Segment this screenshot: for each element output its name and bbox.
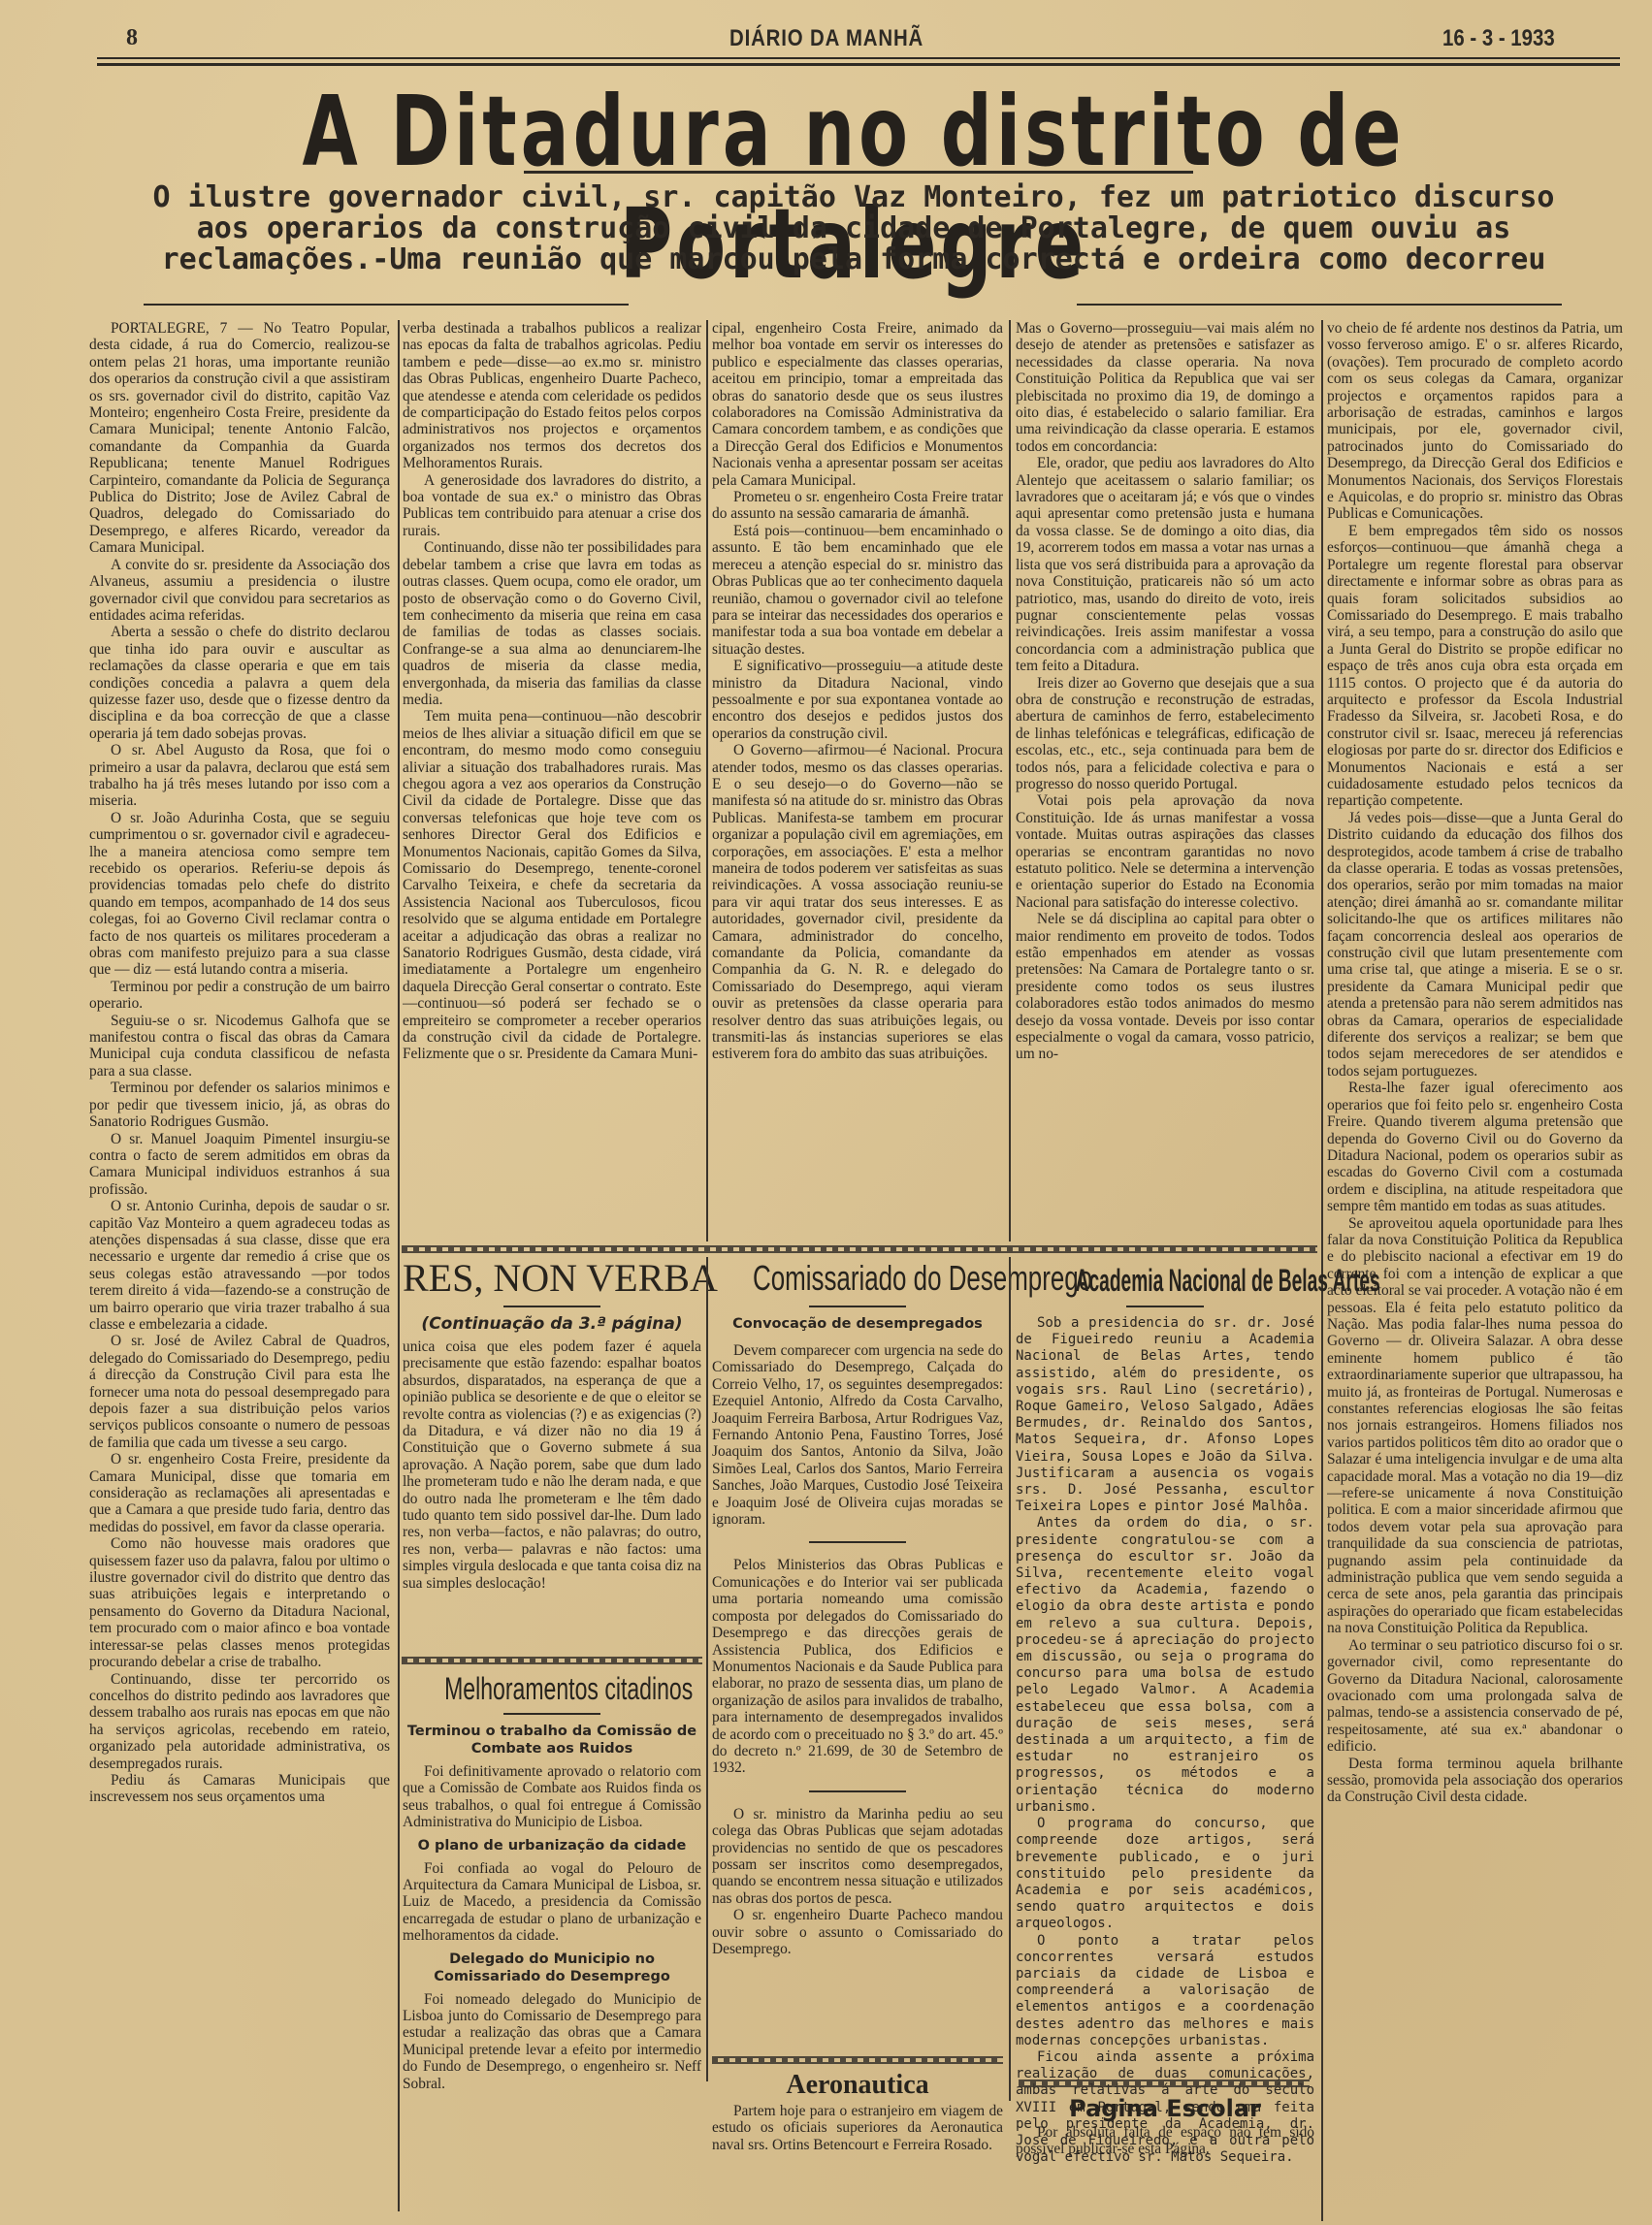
separator-rule (809, 1541, 906, 1543)
article-paragraph: O sr. Antonio Curinha, depois de saudar … (89, 1198, 390, 1333)
article-paragraph: Prometeu o sr. engenheiro Costa Freire t… (712, 489, 1003, 523)
aeronautica-title: Aeronautica (712, 2068, 1003, 2103)
article-paragraph: Ele, orador, que pediu aos lavradores do… (1016, 455, 1314, 674)
article-column-4: Mas o Governo—prosseguiu—vai mais além n… (1016, 320, 1314, 1241)
article-paragraph: Terminou por pedir a construção de um ba… (89, 979, 390, 1013)
article-paragraph: O sr. José de Avilez Cabral de Quadros, … (89, 1333, 390, 1451)
melhoramentos-subhead-3: Delegado do Municipio no Comissariado do… (403, 1951, 701, 1985)
article-paragraph: Resta-lhe fazer igual oferecimento aos o… (1327, 1080, 1623, 1214)
article-paragraph: cipal, engenheiro Costa Freire, animado … (712, 320, 1003, 489)
article-paragraph: vo cheio de fé ardente nos destinos da P… (1327, 320, 1623, 523)
article-paragraph: Aberta a sessão o chefe do distrito decl… (89, 624, 390, 742)
article-paragraph: Continuando, disse não ter possibilidade… (403, 539, 701, 708)
article-paragraph: O sr. engenheiro Costa Freire, president… (89, 1451, 390, 1535)
article-paragraph: O Governo—afirmou—é Nacional. Procura at… (712, 742, 1003, 1063)
section-divider (1019, 2080, 1310, 2087)
article-paragraph: E significativo—prosseguiu—a atitude des… (712, 658, 1003, 742)
article-paragraph: Votai pois pela aprovação da nova Consti… (1016, 792, 1314, 911)
title-rule (503, 1713, 600, 1715)
melhoramentos-title: Melhoramentos citadinos (444, 1670, 660, 1707)
article-paragraph: O sr. João Adurinha Costa, que se seguiu… (89, 810, 390, 979)
article-paragraph: Ireis dizer ao Governo que desejais que … (1016, 675, 1314, 793)
headline-rule (524, 171, 1193, 174)
column-divider (1009, 320, 1011, 1241)
academia-paragraph: O programa do concurso, que compreende d… (1016, 1816, 1314, 1932)
pagina-escolar-title: Pagina Escolar (1016, 2093, 1314, 2124)
article-column-3: cipal, engenheiro Costa Freire, animado … (712, 320, 1003, 1241)
academia-paragraph: O ponto a tratar pelos concorrentes vers… (1016, 1933, 1314, 2049)
column-divider (398, 320, 400, 2211)
res-non-verba-body: unica coisa que eles podem fazer é aquel… (403, 1338, 701, 1592)
section-divider (402, 1245, 1317, 1253)
res-non-verba-section: RES, NON VERBA (Continuação da 3.ª págin… (403, 1257, 701, 1592)
deck: O ilustre governador civil, sr. capitão … (146, 182, 1562, 275)
melhoramentos-subhead-1: Terminou o trabalho da Comissão de Comba… (403, 1723, 701, 1757)
comissariado-paragraph: O sr. engenheiro Duarte Pacheco mandou o… (712, 1907, 1003, 1957)
article-paragraph: O sr. Abel Augusto da Rosa, que foi o pr… (89, 742, 390, 810)
academia-paragraph: Sob a presidencia do sr. dr. José de Fig… (1016, 1315, 1314, 1515)
melhoramentos-paragraph: Foi nomeado delegado do Municipio de Lis… (403, 1991, 701, 2092)
article-paragraph: Ao terminar o seu patriotico discurso fo… (1327, 1637, 1623, 1756)
aeronautica-section: Aeronautica Partem hoje para o estranjei… (712, 2068, 1003, 2153)
newspaper-name: DIÁRIO DA MANHÃ (729, 25, 923, 52)
deck-rule-left (144, 304, 629, 306)
issue-date: 16 - 3 - 1933 (1442, 25, 1555, 52)
article-paragraph: Continuando, disse ter percorrido os con… (89, 1671, 390, 1772)
article-paragraph: Já vedes pois—disse—que a Junta Geral do… (1327, 810, 1623, 1080)
comissariado-subhead: Convocação de desempregados (712, 1315, 1003, 1333)
melhoramentos-paragraph: Foi definitivamente aprovado o relatorio… (403, 1763, 701, 1831)
article-paragraph: Pediu ás Camaras Municipais que inscreve… (89, 1772, 390, 1806)
title-rule (503, 1306, 600, 1307)
article-paragraph: Como não houvesse mais oradores que quis… (89, 1535, 390, 1670)
comissariado-title: Comissariado do Desemprego (753, 1257, 962, 1300)
article-column-2: verba destinada a trabalhos publicos a r… (403, 320, 701, 1241)
title-rule (1126, 1306, 1204, 1307)
comissariado-paragraph: Pelos Ministerios das Obras Publicas e C… (712, 1557, 1003, 1776)
article-paragraph: Terminou por defender os salarios minimo… (89, 1080, 390, 1130)
academia-paragraph: Antes da ordem do dia, o sr. presidente … (1016, 1515, 1314, 1816)
section-divider (402, 1657, 702, 1664)
melhoramentos-paragraph: Foi confiada ao vogal do Pelouro de Arqu… (403, 1860, 701, 1945)
comissariado-paragraph: O sr. ministro da Marinha pediu ao seu c… (712, 1806, 1003, 1907)
article-paragraph: Desta forma terminou aquela brilhante se… (1327, 1756, 1623, 1806)
res-non-verba-subtitle: (Continuação da 3.ª página) (403, 1315, 701, 1333)
comissariado-paragraph: Devem comparecer com urgencia na sede do… (712, 1342, 1003, 1528)
academia-section: Academia Nacional de Belas Artes Sob a p… (1016, 1261, 1314, 2166)
deck-rule-right (1077, 304, 1562, 306)
masthead-rule (97, 57, 1620, 59)
article-paragraph: PORTALEGRE, 7 — No Teatro Popular, desta… (89, 320, 390, 557)
pagina-escolar-paragraph: Por absoluta falta de espaço não tem sid… (1016, 2124, 1314, 2158)
article-paragraph: Mas o Governo—prosseguiu—vai mais além n… (1016, 320, 1314, 455)
article-paragraph: A convite do sr. presidente da Associaçã… (89, 557, 390, 625)
masthead-rule-thick (97, 63, 1620, 66)
res-non-verba-title: RES, NON VERBA (403, 1257, 701, 1300)
section-divider (712, 2056, 1003, 2064)
column-divider (1009, 1257, 1011, 2101)
academia-title: Academia Nacional de Belas Artes (1076, 1261, 1255, 1300)
aeronautica-paragraph: Partem hoje para o estranjeiro em viagem… (712, 2103, 1003, 2153)
title-rule (809, 1306, 906, 1307)
pagina-escolar-section: Pagina Escolar Por absoluta falta de esp… (1016, 2093, 1314, 2158)
article-paragraph: E bem empregados têm sido os nossos esfo… (1327, 523, 1623, 810)
melhoramentos-section: Melhoramentos citadinos Terminou o traba… (403, 1670, 701, 2092)
article-paragraph: A generosidade dos lavradores do distrit… (403, 472, 701, 540)
article-paragraph: Está pois—continuou—bem encaminhado o as… (712, 523, 1003, 658)
article-paragraph: O sr. Manuel Joaquim Pimentel insurgiu-s… (89, 1131, 390, 1199)
article-paragraph: Nele se dá disciplina ao capital para ob… (1016, 911, 1314, 1063)
article-column-1: PORTALEGRE, 7 — No Teatro Popular, desta… (89, 320, 390, 2221)
comissariado-section: Comissariado do Desemprego Convocação de… (712, 1257, 1003, 1957)
article-paragraph: Tem muita pena—continuou—não descobrir m… (403, 708, 701, 1063)
article-paragraph: Seguiu-se o sr. Nicodemus Galhofa que se… (89, 1013, 390, 1080)
separator-rule (809, 1790, 906, 1792)
column-divider (706, 1257, 708, 2081)
column-divider (706, 320, 708, 1241)
melhoramentos-subhead-2: O plano de urbanização da cidade (403, 1837, 701, 1854)
page-number: 8 (126, 25, 138, 51)
article-paragraph: verba destinada a trabalhos publicos a r… (403, 320, 701, 472)
